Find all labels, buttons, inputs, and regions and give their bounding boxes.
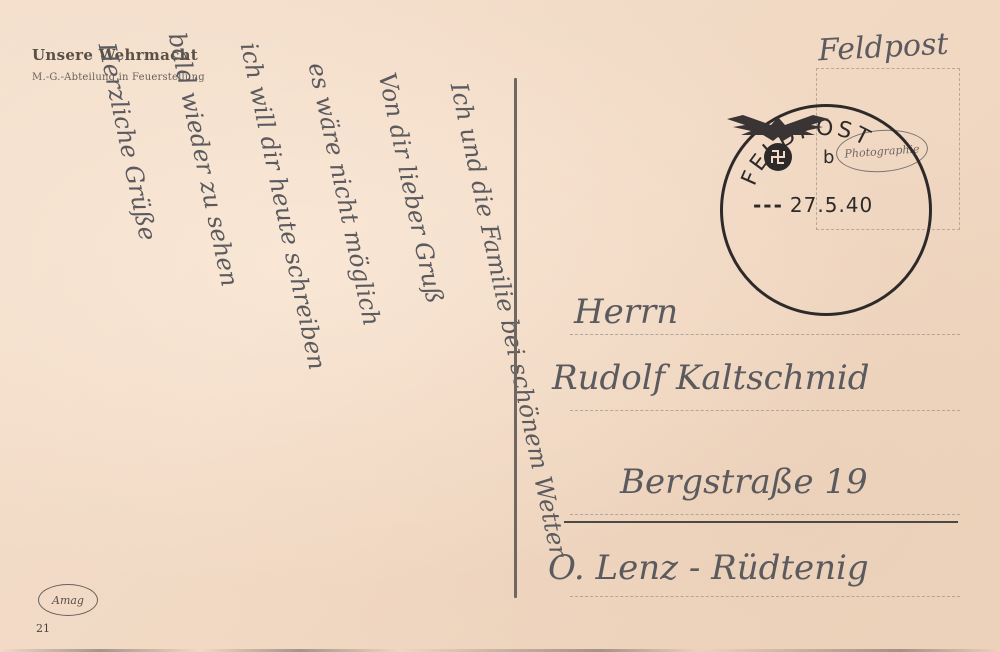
address-dotted-line	[570, 596, 960, 597]
publisher-logo: Amag	[38, 584, 98, 616]
message-line: Herzliche Grüße	[93, 40, 162, 243]
postcard: Unsere Wehrmacht M.-G.-Abteilung in Feue…	[0, 0, 1000, 652]
publisher-logo-text: Amag	[52, 594, 84, 607]
feldpost-handwritten: Feldpost	[817, 27, 949, 69]
postmark-date: ---27.5.40	[753, 193, 873, 217]
address-underline	[564, 521, 958, 523]
card-number: 21	[36, 622, 50, 635]
address-line-3: Bergstraße 19	[620, 462, 868, 502]
address-line-4: O. Lenz - Rüdtenig	[548, 548, 869, 588]
postmark-dashes: ---	[753, 193, 784, 217]
message-line: Ich und die Familie bei schönem Wetter	[445, 80, 573, 559]
message-line: es wäre nicht möglich	[303, 60, 386, 328]
address-dotted-line	[570, 514, 960, 515]
postmark-date-value: 27.5.40	[790, 193, 873, 217]
address-dotted-line	[570, 410, 960, 411]
address-dotted-line	[570, 334, 960, 335]
message-address-divider	[514, 78, 517, 598]
eagle-emblem-icon	[723, 107, 833, 177]
address-line-2: Rudolf Kaltschmid	[552, 358, 869, 398]
address-line-1: Herrn	[574, 292, 678, 332]
message-line: Von dir lieber Gruß	[373, 70, 449, 306]
feldpost-postmark: FELDPOST b ---27.5.40	[720, 104, 932, 316]
message-line: bald wieder zu sehen	[163, 30, 244, 289]
